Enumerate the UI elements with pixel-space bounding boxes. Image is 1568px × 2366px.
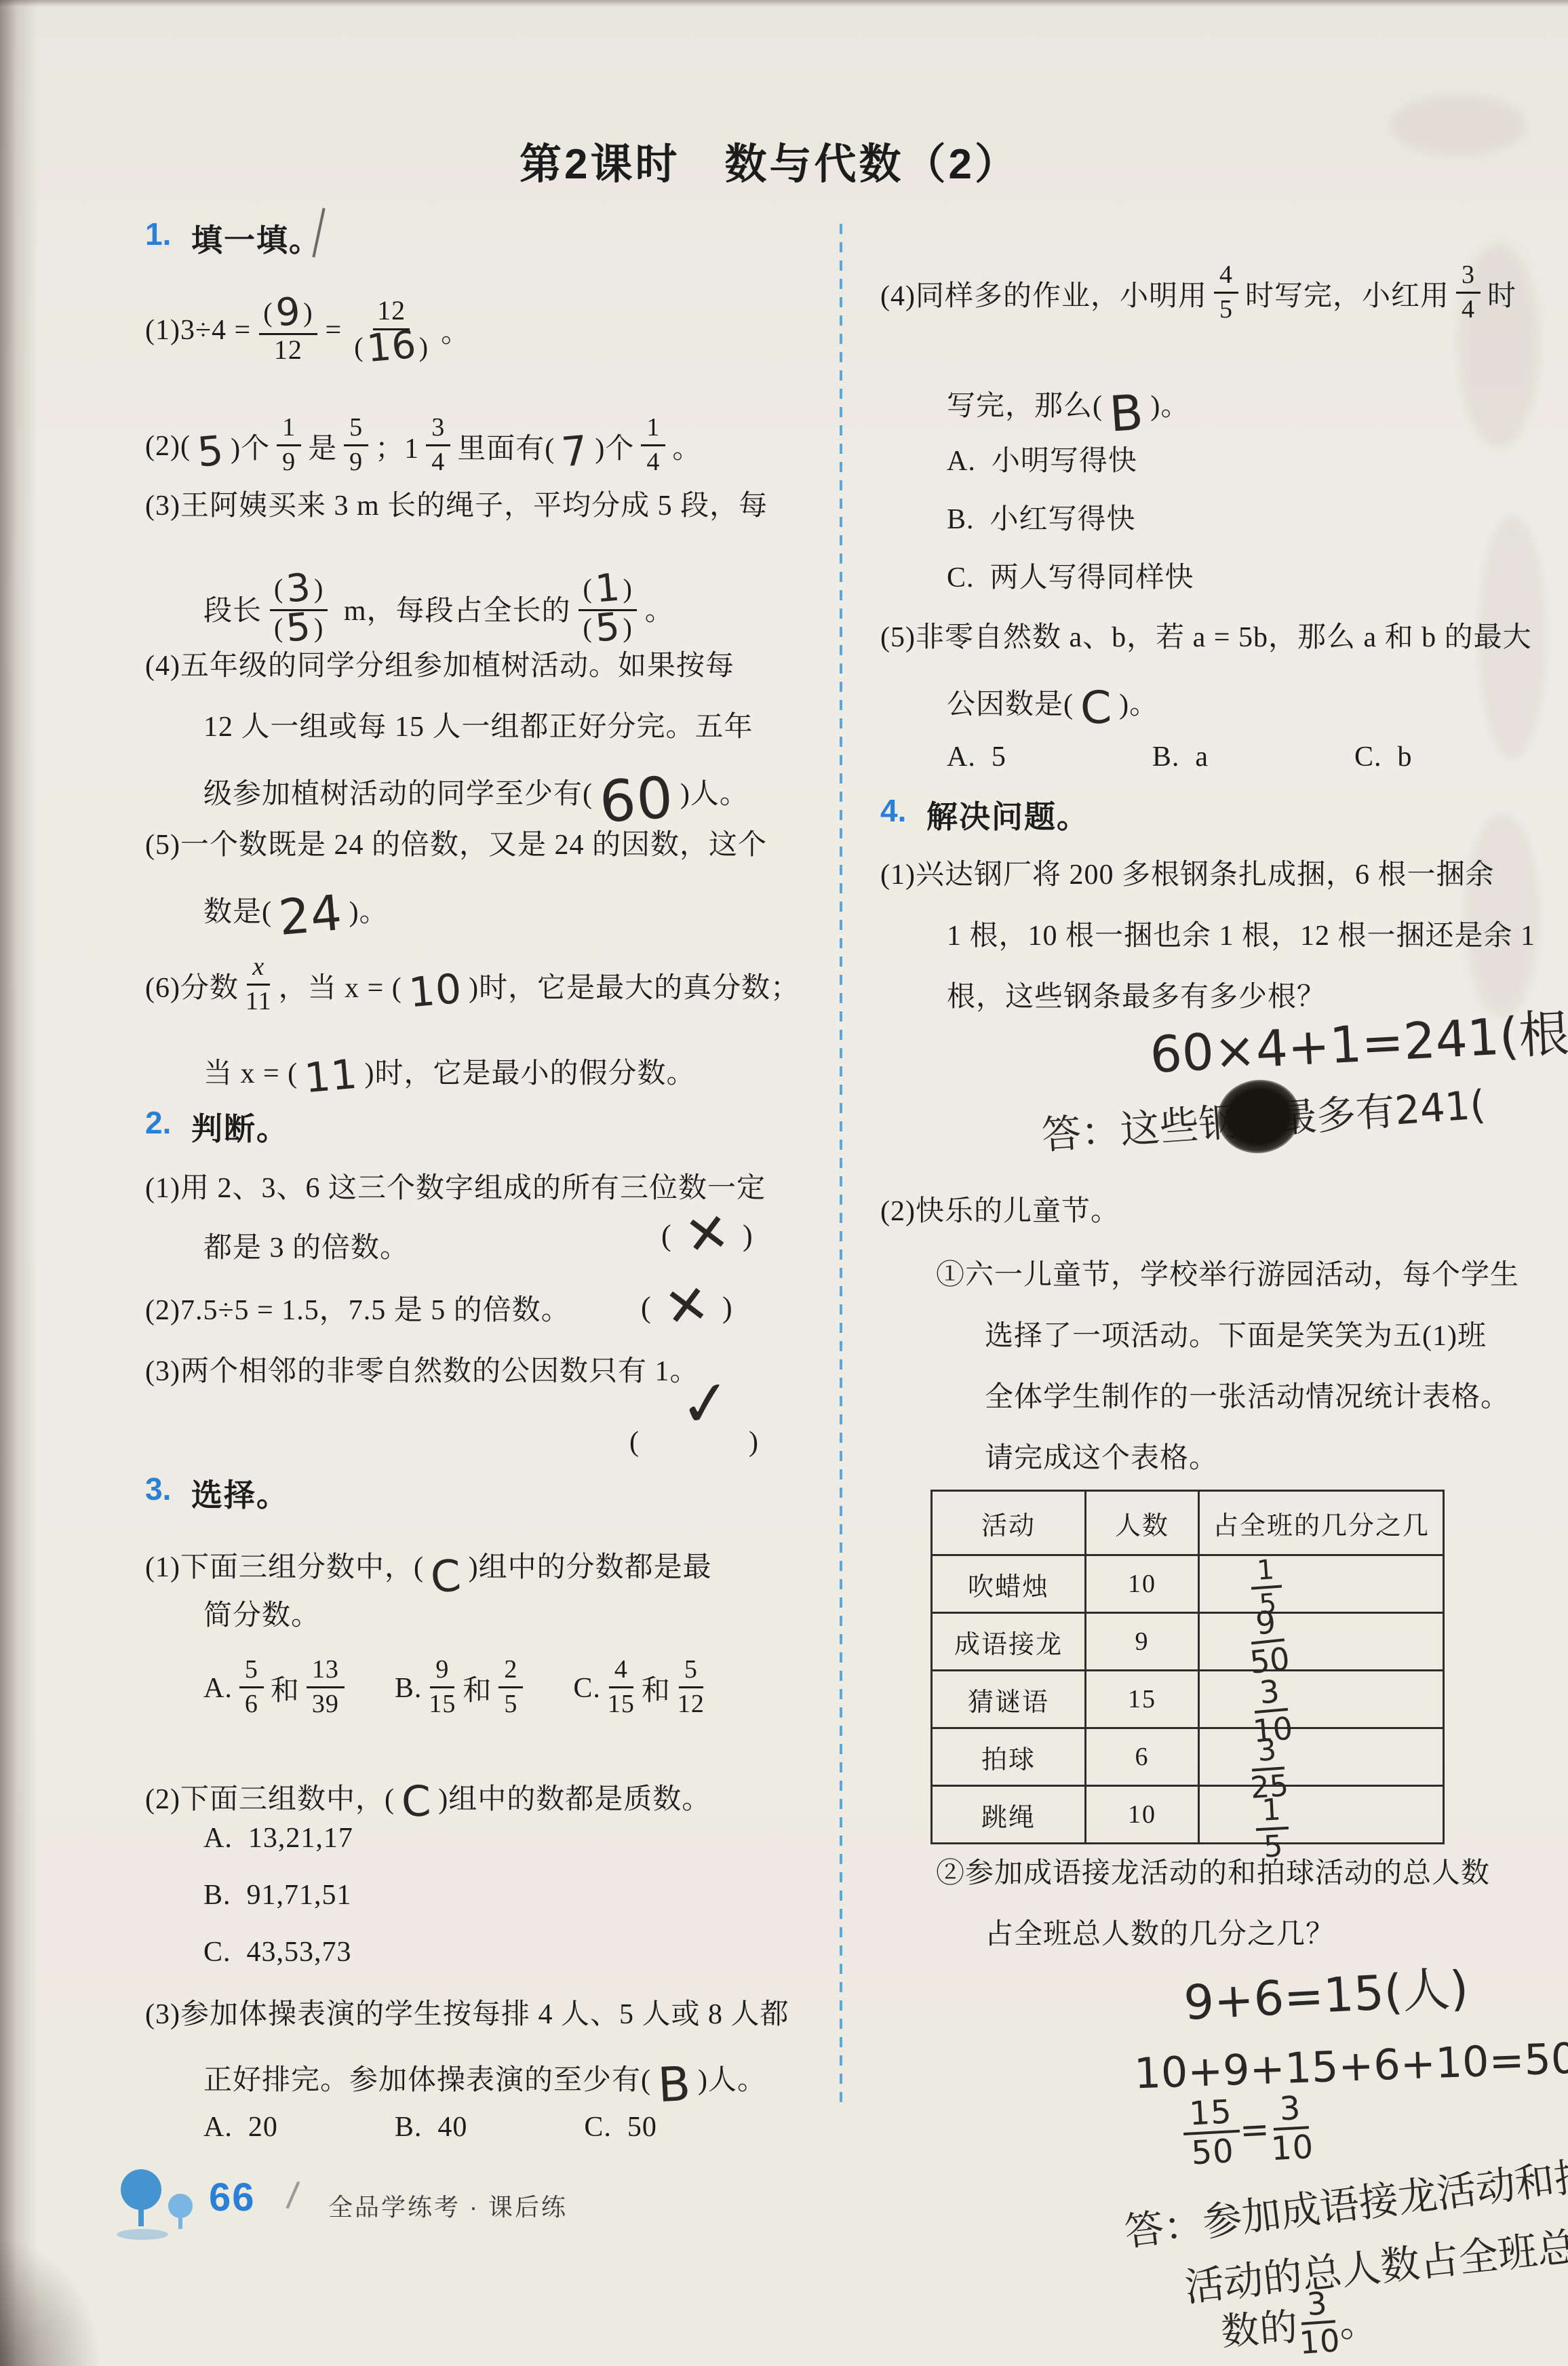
text-run: 。: [441, 310, 470, 351]
denominator: 4: [646, 446, 660, 478]
handwritten-answer: B: [1108, 383, 1145, 442]
page-title: 第2课时 数与代数（2）: [520, 130, 1019, 191]
text-run: (2)(: [145, 430, 191, 463]
numerator: 5: [679, 1655, 703, 1688]
count-cell: 6: [1086, 1728, 1199, 1786]
handwritten-fraction: 310: [1295, 2286, 1341, 2360]
fraction: 14: [641, 413, 665, 477]
q4-item2-sub2-line1: ②参加成语接龙活动的和拍球活动的总人数: [936, 1850, 1490, 1891]
denominator: 12: [678, 1688, 705, 1720]
paren: (: [641, 1290, 663, 1325]
count-cell: 15: [1086, 1671, 1199, 1728]
scan-edge-left: [0, 0, 38, 2366]
q3-item1-line1: (1)下面三组分数中，( C )组中的分数都是最: [145, 1528, 712, 1602]
stats-table: 活动 人数 占全班的几分之几 吹蜡烛 10 成语接龙 9 猜谜语 15 拍球 6…: [930, 1490, 1445, 1844]
numerator: 3: [1250, 1734, 1285, 1771]
numerator: 15: [1181, 2094, 1240, 2135]
numerator: 3: [1299, 2286, 1335, 2325]
tree-icon-small: [168, 2194, 193, 2218]
denominator: 4: [1462, 294, 1475, 325]
fraction-cell: [1199, 1728, 1444, 1786]
table-header: 活动: [932, 1491, 1086, 1555]
footer-brand-name: 全品学练考: [328, 2193, 460, 2221]
text-run: )人。: [698, 2057, 766, 2098]
handwritten-fraction: 310: [1268, 2091, 1315, 2167]
text-run: )组中的数都是质数。: [438, 1777, 711, 1817]
text-run: )。: [1150, 383, 1190, 424]
denominator: 6: [245, 1688, 258, 1720]
handwritten-cross-mark: ✕: [681, 1200, 745, 1268]
denominator: 12: [270, 335, 307, 365]
paren: ): [314, 574, 324, 604]
fraction: (1) (5): [579, 572, 636, 645]
text-run: 当 x = (: [203, 1051, 298, 1091]
count-cell: 10: [1086, 1786, 1199, 1844]
q3-item1-options: A. 56 和 1339 B. 915 和 25 C. 415 和 512: [203, 1637, 711, 1739]
handwritten-answer: B: [656, 2056, 692, 2113]
q4-item1-line2: 1 根，10 根一捆也余 1 根，12 根一捆还是余 1: [947, 913, 1535, 954]
q3-item5-options: A. 5 B. a C. b: [947, 734, 1413, 775]
handwritten-answer: 3: [285, 571, 313, 607]
option-label: B.: [395, 1672, 423, 1705]
fraction: 915: [429, 1655, 456, 1719]
footer-dot: ·: [460, 2193, 488, 2221]
q2-item1-line2: 都是 3 的倍数。: [203, 1225, 409, 1266]
text-run: (1)3÷4 =: [145, 314, 251, 347]
count-cell: 10: [1086, 1555, 1199, 1613]
tree-trunk-small: [178, 2217, 182, 2229]
footer-brand: 全品学练考 · 课后练: [328, 2188, 568, 2223]
activity-cell: 猜谜语: [932, 1671, 1086, 1728]
paren: (: [661, 1218, 684, 1253]
numerator: 13: [307, 1655, 345, 1688]
q3-item4-optionC: C. 两人写得同样快: [947, 555, 1194, 596]
q4-item2-sub1-line3: 全体学生制作的一张活动情况统计表格。: [985, 1374, 1510, 1415]
handwritten-answer: 7: [560, 427, 590, 476]
numerator: 2: [498, 1655, 523, 1688]
paren: (: [354, 332, 364, 362]
q1-item5-line2: 数是( 24 )。: [203, 872, 389, 947]
text-run: (6)分数: [145, 965, 239, 1006]
numerator: 5: [239, 1655, 264, 1688]
numerator: 1: [641, 413, 665, 446]
q3-item4-line2: 写完，那么( B )。: [947, 366, 1190, 441]
text-run: m，每段占全长的: [336, 588, 570, 629]
fraction: (9) 12: [259, 296, 317, 364]
numerator: 3: [426, 413, 450, 446]
activity-cell: 成语接龙: [932, 1613, 1086, 1671]
denominator: 15: [608, 1688, 635, 1720]
handwritten-answer: C: [1080, 681, 1114, 735]
text-run: )。: [1119, 682, 1158, 722]
q3-number: 3.: [145, 1471, 171, 1507]
handwritten-answer: 10: [407, 965, 464, 1017]
scan-edge-top: [0, 0, 1568, 7]
text-run: 是: [308, 426, 337, 467]
q4-heading: 解决问题。: [926, 792, 1089, 837]
fraction: 45: [1214, 260, 1238, 324]
denominator: 15: [429, 1688, 456, 1720]
q1-heading: 填一填。: [191, 216, 321, 260]
handwritten-answer: 5: [285, 610, 313, 646]
q3-heading: 选择。: [191, 1471, 289, 1515]
q3-item4-optionB: B. 小红写得快: [947, 497, 1136, 537]
fraction: 59: [344, 413, 368, 477]
table-row: 拍球 6: [932, 1728, 1444, 1786]
fraction: 12 (16): [350, 296, 433, 364]
handwritten-answer: C: [429, 1551, 463, 1603]
fraction: 19: [277, 413, 301, 477]
text-run: )人。: [680, 771, 749, 812]
q3-item4-optionA: A. 小明写得快: [947, 438, 1137, 479]
denominator: 50: [1190, 2133, 1235, 2171]
denominator: 4: [431, 446, 445, 478]
q1-item6-line2: 当 x = ( 11 )时，它是最小的假分数。: [203, 1034, 696, 1108]
text-run: )个: [231, 426, 270, 467]
text-run: 级参加植树活动的同学至少有(: [203, 771, 593, 812]
text-run: (2)下面三组数中，(: [145, 1777, 395, 1817]
numerator: 4: [1214, 260, 1238, 294]
table-row: 跳绳 10: [932, 1786, 1444, 1844]
table-header: 人数: [1086, 1491, 1199, 1555]
q2-item3-empty-parens: ( ): [629, 1419, 776, 1460]
text-run: 段长: [203, 588, 262, 629]
numerator: 1: [1249, 1555, 1282, 1590]
numerator: 3: [1456, 260, 1481, 294]
q2-item2-judgment: ( ✕ ): [641, 1277, 745, 1338]
q2-item1-line1: (1)用 2、3、6 这三个数字组成的所有三位数一定: [145, 1165, 766, 1206]
numerator: 4: [609, 1655, 633, 1688]
text-run: (1)下面三组分数中，(: [145, 1545, 424, 1585]
numerator: x: [247, 952, 270, 986]
handwritten-answer: 5: [594, 610, 622, 646]
text-run: )时，它是最小的假分数。: [365, 1051, 696, 1091]
workbook-page: { "colors": {"accent_blue":"#2b7fd4","di…: [0, 0, 1568, 2366]
option-label: A.: [203, 1672, 233, 1705]
numerator: 5: [344, 413, 368, 446]
option-label: C.: [573, 1672, 601, 1705]
q3-item2-optionA: A. 13,21,17: [203, 1822, 353, 1855]
q3-item5-line1: (5)非零自然数 a、b，若 a = 5b，那么 a 和 b 的最大: [880, 615, 1532, 655]
handwritten-fraction: 1550: [1181, 2094, 1242, 2171]
paren: ): [623, 574, 632, 604]
numerator: 3: [1251, 1674, 1288, 1713]
handwritten-answer: 9: [274, 295, 302, 331]
q1-item4-line1: (4)五年级的同学分组参加植树活动。如果按每: [145, 643, 734, 684]
scan-corner-bottom-left: [0, 2238, 102, 2366]
denominator: 9: [349, 446, 363, 478]
footer-slash: /: [285, 2173, 301, 2218]
paren: (: [583, 574, 592, 604]
bleedthrough-smudge: [1390, 95, 1526, 156]
handwritten-answer: C: [401, 1776, 433, 1827]
handwritten-answer: 1: [594, 571, 622, 607]
q4-item2-sub1-line2: 选择了一项活动。下面是笑笑为五(1)班: [985, 1313, 1487, 1354]
numerator: 1: [277, 413, 301, 446]
q1-item1: (1)3÷4 = (9) 12 = 12 (16) 。: [145, 279, 470, 381]
q3-item2-optionC: C. 43,53,73: [203, 1936, 352, 1969]
fraction-cell: [1199, 1786, 1444, 1844]
handwritten-work-fraction-line: 1550 = 310: [1181, 2083, 1315, 2178]
fraction-cell: [1199, 1555, 1444, 1613]
handwritten-answer: 5: [195, 427, 226, 476]
q4-item2-sub2-line2: 占全班总人数的几分之几？: [985, 1912, 1335, 1952]
handwritten-fraction: 9 50: [1244, 1604, 1291, 1679]
text-run: )时，它是最大的真分数；: [469, 965, 800, 1006]
q3-item1-line2: 简分数。: [203, 1593, 320, 1633]
fraction: x11: [246, 952, 272, 1016]
paren: (: [583, 613, 592, 643]
fraction: 34: [426, 413, 450, 477]
q4-item2-heading: (2)快乐的儿童节。: [880, 1188, 1120, 1229]
q3-item3-line1: (3)参加体操表演的学生按每排 4 人、5 人或 8 人都: [145, 1992, 789, 2032]
handwritten-work: 9+6=15(人): [1182, 1950, 1470, 2034]
q4-item2-sub1-line4: 请完成这个表格。: [985, 1435, 1218, 1476]
q1-item4-line2: 12 人一组或每 15 人一组都正好分完。五年: [203, 704, 753, 745]
handwritten-answer-sentence: 数的 310 。: [1218, 2278, 1380, 2366]
numerator: 1: [1254, 1794, 1289, 1831]
footer-series: 课后练: [488, 2193, 568, 2221]
text-run: 。: [672, 426, 701, 467]
table-row: 成语接龙 9: [932, 1613, 1444, 1671]
paren: ): [623, 613, 632, 643]
text-run: 数的: [1219, 2297, 1299, 2357]
table-header-row: 活动 人数 占全班的几分之几: [932, 1491, 1444, 1555]
handwritten-answer: 16: [365, 328, 417, 367]
paren: (: [274, 574, 283, 604]
text-run: =: [326, 314, 342, 347]
text-run: ，当 x = (: [279, 965, 402, 1006]
text-run: 正好排完。参加体操表演的至少有(: [203, 2057, 651, 2098]
table-row: 猜谜语 15: [932, 1671, 1444, 1728]
text-run: 和: [463, 1668, 492, 1709]
tree-shadow: [117, 2229, 168, 2240]
count-cell: 9: [1086, 1613, 1199, 1671]
numerator: 3: [1272, 2091, 1309, 2131]
denominator: 9: [282, 446, 296, 478]
text-run: 。: [1337, 2291, 1379, 2348]
tree-trunk: [138, 2207, 144, 2226]
fraction-cell: [1199, 1671, 1444, 1728]
q1-item2: (2)( 5 )个 19 是 59 ；1 34 里面有( 7 )个 14 。: [145, 399, 701, 494]
fraction: 1339: [307, 1655, 345, 1719]
denominator: 5: [1219, 294, 1233, 325]
text-run: )。: [349, 889, 389, 930]
q1-item3-line1: (3)王阿姨买来 3 m 长的绳子，平均分成 5 段，每: [145, 483, 768, 524]
table-row: 吹蜡烛 10: [932, 1555, 1444, 1613]
text-run: 里面有(: [457, 426, 555, 467]
q2-item1-judgment: ( ✕ ): [661, 1205, 765, 1266]
fraction: 56: [239, 1655, 264, 1719]
numerator: 9: [430, 1655, 454, 1688]
q4-item1-line1: (1)兴达钢厂将 200 多根钢条扎成捆，6 根一捆余: [880, 852, 1494, 893]
text-run: 和: [642, 1668, 671, 1709]
text-run: 时: [1487, 273, 1516, 314]
q2-item2-line1: (2)7.5÷5 = 1.5，7.5 是 5 的倍数。: [145, 1287, 570, 1328]
text-run: 写完，那么(: [947, 383, 1103, 424]
denominator: 39: [312, 1688, 339, 1720]
activity-cell: 吹蜡烛: [932, 1555, 1086, 1613]
footer-page-number: 66: [209, 2175, 256, 2220]
q1-item5-line1: (5)一个数既是 24 的倍数，又是 24 的因数，这个: [145, 822, 767, 863]
q3-item2-optionB: B. 91,71,51: [203, 1879, 352, 1912]
fraction: 415: [608, 1655, 635, 1719]
q2-heading: 判断。: [191, 1104, 289, 1149]
fraction: 34: [1456, 260, 1481, 324]
numerator: 9: [1247, 1605, 1285, 1645]
q2-item3-line1: (3)两个相邻的非零自然数的公因数只有 1。: [145, 1349, 699, 1389]
fraction-cell: [1199, 1613, 1444, 1671]
paren: (: [263, 298, 273, 328]
q1-item4-line3: 级参加植树活动的同学至少有( 60 )人。: [203, 754, 749, 829]
text-run: =: [1239, 2109, 1272, 2151]
denominator: 11: [246, 986, 272, 1017]
q1-number: 1.: [145, 216, 171, 252]
fraction: (3) (5): [270, 572, 328, 645]
paren: ): [303, 298, 313, 328]
paren: ): [722, 1290, 745, 1325]
activity-cell: 拍球: [932, 1728, 1086, 1786]
text-run: ；1: [375, 426, 419, 467]
denominator: 5: [504, 1688, 517, 1720]
text-run: 公因数是(: [947, 682, 1074, 722]
text-run: 数是(: [203, 889, 272, 930]
text-run: )个: [595, 426, 634, 467]
paren: ): [419, 332, 429, 362]
text-run: )组中的分数都是最: [469, 1545, 712, 1585]
activity-cell: 跳绳: [932, 1786, 1086, 1844]
handwritten-answer: 24: [277, 884, 345, 946]
q3-item5-line2: 公因数是( C )。: [947, 665, 1158, 739]
fraction: 25: [498, 1655, 523, 1719]
denominator: 10: [1298, 2323, 1341, 2359]
paren: ): [314, 613, 324, 643]
text-run: 。: [645, 588, 674, 629]
text-run: (4)同样多的作业，小明用: [880, 273, 1207, 314]
q2-number: 2.: [145, 1104, 171, 1141]
q4-item2-sub1-line1: ①六一儿童节，学校举行游园活动，每个学生: [936, 1252, 1519, 1293]
text-run: 和: [271, 1668, 300, 1709]
denominator: 10: [1270, 2129, 1315, 2167]
text-run: 时写完，小红用: [1245, 273, 1449, 314]
q3-item3-options: A. 20 B. 40 C. 50: [203, 2104, 657, 2145]
handwritten-answer: 11: [302, 1051, 359, 1103]
paren: (: [274, 613, 283, 643]
q3-item4-line1: (4)同样多的作业，小明用 45 时写完，小红用 34 时: [880, 236, 1516, 351]
table-header: 占全班的几分之几: [1199, 1491, 1444, 1555]
q1-item6-line1: (6)分数 x11 ，当 x = ( 10 )时，它是最大的真分数；: [145, 942, 800, 1030]
paren: ): [743, 1218, 765, 1253]
q4-number: 4.: [880, 792, 906, 829]
column-divider: [840, 224, 842, 2103]
handwritten-cross-mark: ✕: [661, 1272, 725, 1340]
fraction: 512: [678, 1655, 705, 1719]
tree-icon: [121, 2169, 161, 2210]
